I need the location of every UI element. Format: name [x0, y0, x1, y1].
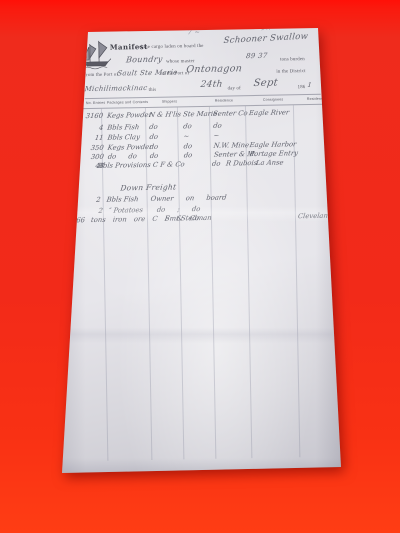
cell-destination: Cleveland: [297, 211, 332, 220]
cell-residence2: La Anse: [255, 158, 284, 167]
cell-shipper: N & H'lis: [149, 110, 182, 119]
cell-residence2: Eagle Harbor: [249, 140, 297, 149]
column-rule: [145, 108, 152, 460]
column-header-residence1: Residence: [215, 98, 233, 102]
schooner-vignette-icon: [81, 39, 112, 77]
table-row: 350 Kegs Powder do do N.W. Mine Eagle Ha…: [62, 139, 346, 154]
pencil-annotation-top-right: Dup 84/888: [261, 22, 292, 32]
manifest-title-word: Manifest: [110, 42, 148, 52]
down-freight-row: 2 Bbls Fish Owner on board: [63, 191, 347, 206]
cell-consignee: N.W. Mine: [213, 141, 249, 150]
column-header-shippers: Shippers: [162, 99, 177, 103]
column-header-packages: Packages and Contents: [107, 99, 148, 104]
district-written: Michilimackinac: [84, 83, 148, 92]
cell-contents: ″ Potatoes: [108, 206, 143, 215]
column-header-consignees: Consignees: [263, 97, 284, 101]
cell-qty: 3160: [73, 112, 104, 121]
cell-consignee: do: [213, 121, 222, 129]
from-port-written: Sault Ste Marie: [117, 68, 178, 77]
cell-contents: Bbls Fish: [106, 195, 139, 204]
to-port-label-printed: to the Port of: [161, 71, 189, 77]
to-port-written: Ontonagon: [186, 63, 243, 75]
cell-qty: 66: [70, 216, 85, 224]
year-printed: 186: [298, 85, 306, 90]
cell-consignee: R Dubois: [225, 158, 257, 167]
cell-shipper: do: [149, 122, 158, 130]
column-rule: [293, 105, 300, 457]
this-label-printed: this: [149, 87, 157, 92]
cell-residence: Ste Marie: [183, 110, 218, 119]
cell-qty: 300: [73, 153, 104, 162]
cell-qty: 2: [88, 207, 103, 215]
district-label-printed: in the District: [276, 69, 305, 75]
cell-shipper: do: [211, 159, 220, 167]
cell-contents: tons iron ore C F & Co: [90, 214, 199, 224]
cell-contents: Kegs Powder: [107, 111, 153, 120]
cell-qty: 4: [73, 123, 104, 132]
cell-note: Smt Stedman: [164, 213, 212, 222]
whose-master-printed: whose master: [166, 59, 195, 65]
tonnage-written: 89 37: [246, 52, 269, 60]
tons-burden-printed: tons burden: [280, 57, 305, 62]
master-name-written: Boundry: [126, 55, 164, 65]
cell-residence: do: [183, 122, 192, 130]
cell-note: Owner on board: [150, 194, 227, 203]
cell-residence: do: [183, 142, 192, 150]
cell-qty: 350: [73, 143, 104, 152]
column-header-entries: No. Entries: [86, 100, 106, 104]
manifest-title-printed: of the cargo laden on board the: [138, 44, 204, 50]
column-rule: [209, 107, 216, 459]
column-header-residence2: Residence: [307, 96, 325, 100]
column-rule: [177, 107, 184, 459]
cell-consignee: Senter Co: [213, 109, 248, 118]
cell-contents: do do: [107, 152, 137, 161]
cell-qty: 48: [74, 161, 105, 170]
table-row: 300 do do do do Senter & M. Portage Entr…: [62, 148, 346, 163]
down-freight-heading: Down Freight: [120, 182, 177, 192]
paper-sheet: 7 ~ Dup 84/888: [60, 26, 344, 476]
pencil-annotation-center: 7 ~: [187, 28, 201, 36]
cell-contents: Kegs Powder: [107, 142, 153, 151]
cell-contents: Bbls Provisions C F & Co: [97, 160, 185, 170]
cell-qty: 11: [73, 134, 104, 143]
cell-consignee: Senter & M.: [213, 150, 257, 159]
cell-qty: 2: [86, 196, 101, 204]
column-rule: [245, 106, 252, 458]
table-header-rule-bottom: [83, 104, 323, 109]
cell-contents: Bbls Fish: [107, 123, 140, 132]
table-row: 11 Bbls Clay do ~ ~: [61, 129, 345, 144]
cell-shipper: do: [149, 133, 158, 141]
year-digit-written: 1: [307, 81, 312, 89]
month-written: Sept: [253, 77, 279, 88]
table-header-rule-top: [85, 94, 321, 99]
table-row: 4 Bbls Fish do do do: [61, 119, 345, 134]
column-rule: [101, 109, 108, 461]
cell-residence2: Eagle River: [249, 108, 290, 117]
day-written: 24th: [200, 80, 223, 90]
cell-shipper: do: [149, 142, 158, 150]
cell-residence: ~: [183, 132, 190, 140]
from-port-label-printed: from the Port of: [84, 73, 118, 79]
cell-residence: do: [183, 151, 192, 159]
paper-content: 7 ~ Dup 84/888: [59, 23, 351, 478]
day-of-label-printed: day of: [228, 86, 241, 91]
down-freight-row: 66 tons iron ore C F & Co Smt Stedman Cl…: [63, 211, 347, 226]
cell-contents: Bbls Clay: [107, 133, 140, 142]
vessel-name-written: Schooner Swallow: [223, 32, 309, 47]
manifest-document: 7 ~ Dup 84/888: [60, 26, 344, 476]
cell-note: do ; do: [156, 205, 200, 214]
cell-shipper: do: [149, 152, 158, 160]
cell-residence2: Portage Entry: [249, 149, 298, 158]
down-freight-row: 2 ″ Potatoes do ; do: [63, 202, 347, 217]
table-row: 3160 Kegs Powder N & H'lis Ste Marie Sen…: [61, 107, 345, 122]
table-row: 48 Bbls Provisions C F & Co do R Dubois …: [62, 157, 346, 172]
cell-consignee: ~: [213, 132, 220, 140]
